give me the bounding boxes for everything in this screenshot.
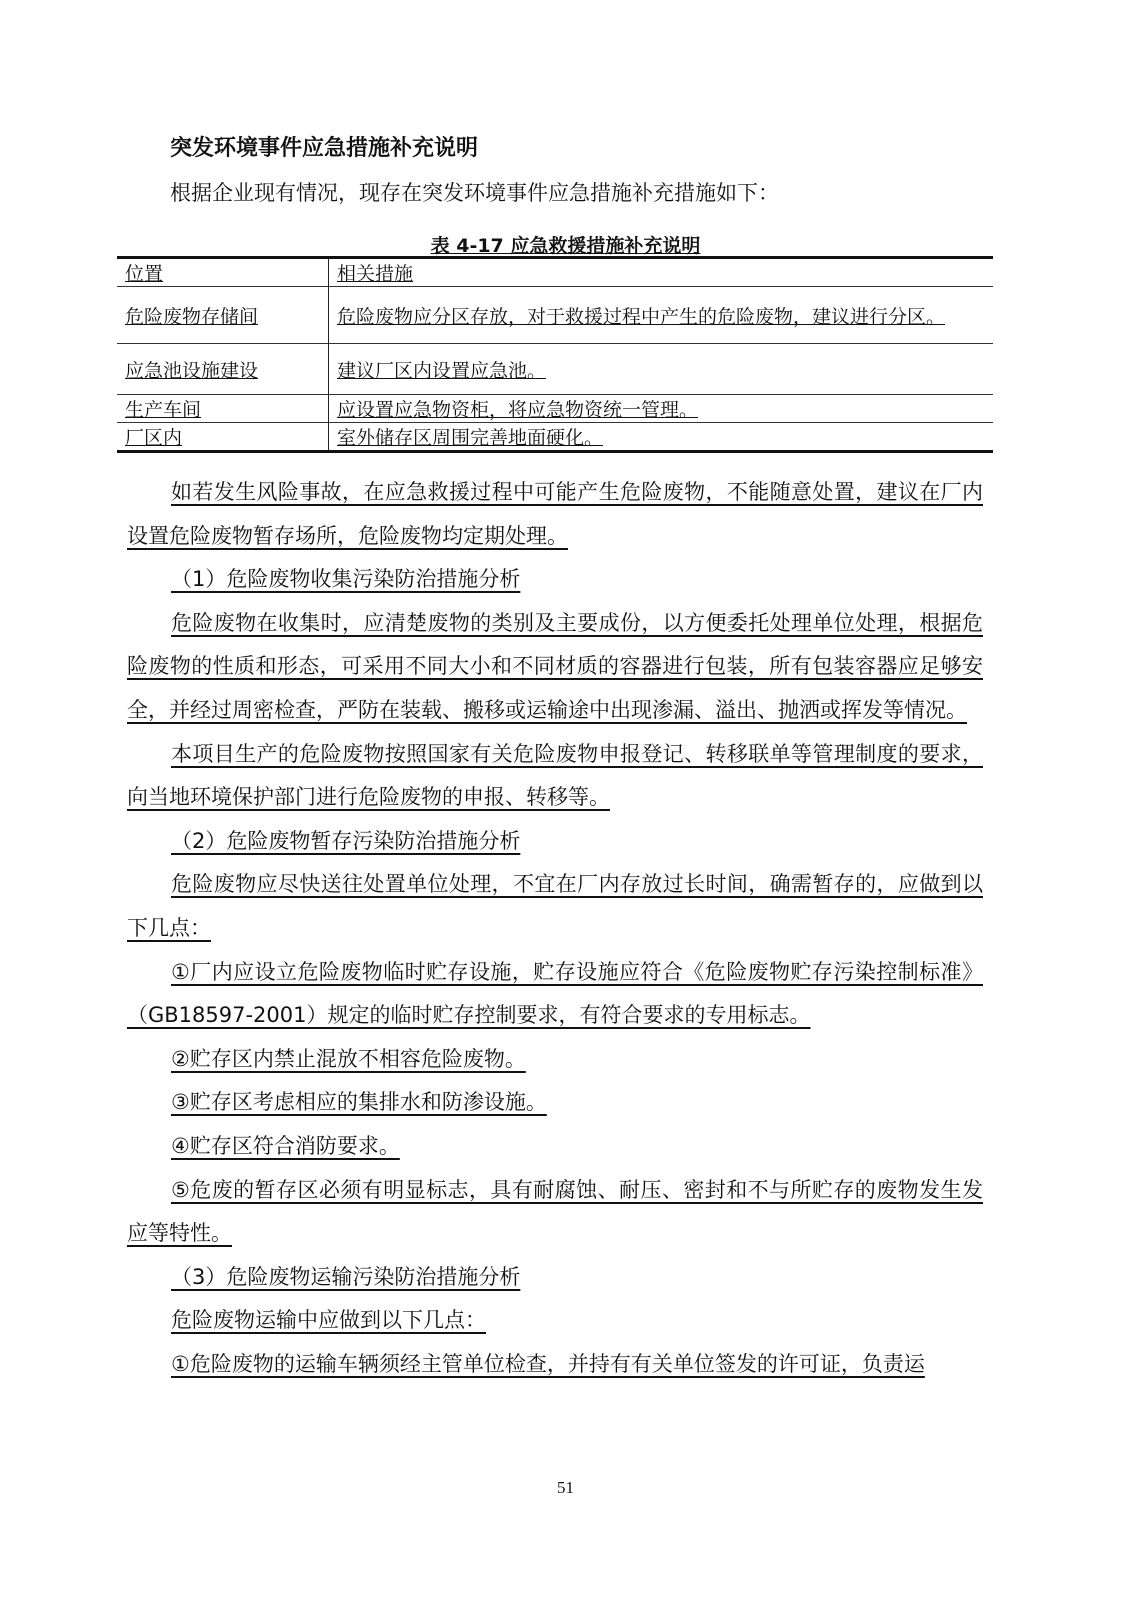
document-page: 突发环境事件应急措施补充说明 根据企业现有情况，现存在突发环境事件应急措施补充措…	[0, 0, 1131, 1600]
cell-measure: 应设置应急物资柜，将应急物资统一管理。	[329, 395, 994, 423]
header-location: 位置	[117, 258, 329, 287]
table-caption: 表 4-17 应急救援措施补充说明	[0, 231, 1131, 258]
page-number: 51	[0, 1478, 1131, 1498]
section-heading: 突发环境事件应急措施补充说明	[170, 131, 478, 162]
table-row: 厂区内 室外储存区周围完善地面硬化。	[117, 423, 993, 452]
header-measures: 相关措施	[329, 258, 994, 287]
subsection-heading: （2）危险废物暂存污染防治措施分析	[127, 820, 983, 864]
cell-location: 厂区内	[117, 423, 329, 452]
cell-location: 生产车间	[117, 395, 329, 423]
table-row: 应急池设施建设 建议厂区内设置应急池。	[117, 344, 993, 395]
emergency-measures-table: 位置 相关措施 危险废物存储间 危险废物应分区存放，对于救援过程中产生的危险废物…	[117, 256, 993, 453]
cell-measure: 室外储存区周围完善地面硬化。	[329, 423, 994, 452]
list-item: ①厂内应设立危险废物临时贮存设施，贮存设施应符合《危险废物贮存污染控制标准》（G…	[127, 951, 983, 1038]
list-item: ③贮存区考虑相应的集排水和防渗设施。	[127, 1081, 983, 1125]
list-item: ⑤危废的暂存区必须有明显标志，具有耐腐蚀、耐压、密封和不与所贮存的废物发生发应等…	[127, 1169, 983, 1256]
cell-measure: 危险废物应分区存放，对于救援过程中产生的危险废物，建议进行分区。	[329, 287, 994, 344]
paragraph: 如若发生风险事故，在应急救援过程中可能产生危险废物，不能随意处置，建议在厂内设置…	[127, 471, 983, 558]
subsection-heading: （3）危险废物运输污染防治措施分析	[127, 1256, 983, 1300]
list-item: ②贮存区内禁止混放不相容危险废物。	[127, 1038, 983, 1082]
table-row: 生产车间 应设置应急物资柜，将应急物资统一管理。	[117, 395, 993, 423]
cell-location: 应急池设施建设	[117, 344, 329, 395]
table-header-row: 位置 相关措施	[117, 258, 993, 287]
paragraph: 危险废物运输中应做到以下几点：	[127, 1299, 983, 1343]
paragraph: 危险废物在收集时，应清楚废物的类别及主要成份，以方便委托处理单位处理，根据危险废…	[127, 602, 983, 733]
body-text: 如若发生风险事故，在应急救援过程中可能产生危险废物，不能随意处置，建议在厂内设置…	[127, 471, 983, 1386]
table-row: 危险废物存储间 危险废物应分区存放，对于救援过程中产生的危险废物，建议进行分区。	[117, 287, 993, 344]
list-item: ④贮存区符合消防要求。	[127, 1125, 983, 1169]
subsection-heading: （1）危险废物收集污染防治措施分析	[127, 558, 983, 602]
list-item: ①危险废物的运输车辆须经主管单位检查，并持有有关单位签发的许可证，负责运	[127, 1343, 983, 1387]
intro-paragraph: 根据企业现有情况，现存在突发环境事件应急措施补充措施如下：	[170, 177, 779, 207]
paragraph: 本项目生产的危险废物按照国家有关危险废物申报登记、转移联单等管理制度的要求，向当…	[127, 733, 983, 820]
paragraph: 危险废物应尽快送往处置单位处理，不宜在厂内存放过长时间，确需暂存的，应做到以下几…	[127, 863, 983, 950]
cell-measure: 建议厂区内设置应急池。	[329, 344, 994, 395]
table-caption-text: 表 4-17 应急救援措施补充说明	[431, 235, 701, 257]
cell-location: 危险废物存储间	[117, 287, 329, 344]
